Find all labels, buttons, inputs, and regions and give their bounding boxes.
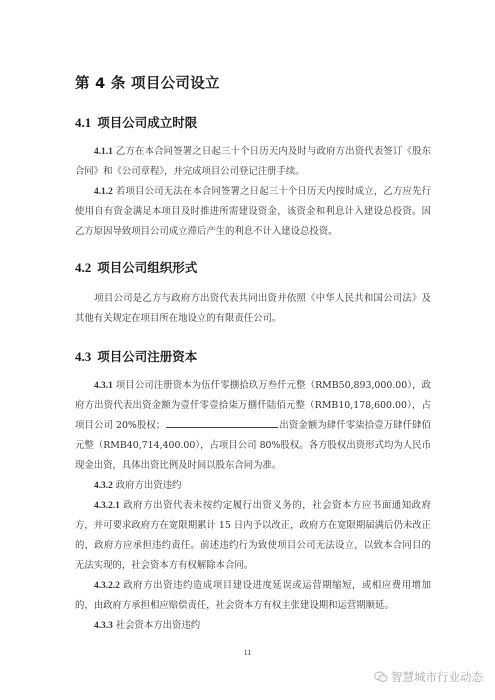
wechat-icon <box>374 671 388 683</box>
section-heading-4-1: 4.1项目公司成立时限 <box>75 113 197 131</box>
paragraph-4-3-1: 4.3.1 项目公司注册资本为伍仟零捌拾玖万叁仟元整（RMB50,893,000… <box>75 376 431 476</box>
page-number: 11 <box>0 648 495 657</box>
paragraph-4-1-2: 4.1.2 若项目公司无法在本合同签署之日起三十个日历天内按时成立，乙方应先行使… <box>75 182 431 242</box>
watermark-text: 智慧城市行业动态 <box>391 669 483 685</box>
paragraph-4-3-2: 4.3.2 政府方出资违约 <box>75 476 431 496</box>
paragraph-4-3-2-1: 4.3.2.1 政府方出资代表未按约定履行出资义务的，社会资本方应书面通知政府方… <box>75 496 431 576</box>
paragraph-4-2: 项目公司是乙方与政府方出资代表共同出资并依照《中华人民共和国公司法》及其他有关规… <box>75 289 431 329</box>
blank-fill-line <box>166 418 278 428</box>
paragraph-4-3-2-2: 4.3.2.2 政府方出资违约造成项目建设进度延误或运营期缩短，或相应费用增加的… <box>75 576 431 616</box>
watermark: 智慧城市行业动态 <box>374 669 483 685</box>
paragraph-4-3-3: 4.3.3 社会资本方出资违约 <box>75 616 431 636</box>
chapter-title: 第 4 条 项目公司设立 <box>75 72 220 93</box>
section-heading-4-3: 4.3项目公司注册资本 <box>75 347 197 365</box>
paragraph-4-1-1: 4.1.1 乙方在本合同签署之日起三十个日历天内及时与政府方出资代表签订《股东合… <box>75 142 431 182</box>
section-heading-4-2: 4.2项目公司组织形式 <box>75 258 197 276</box>
